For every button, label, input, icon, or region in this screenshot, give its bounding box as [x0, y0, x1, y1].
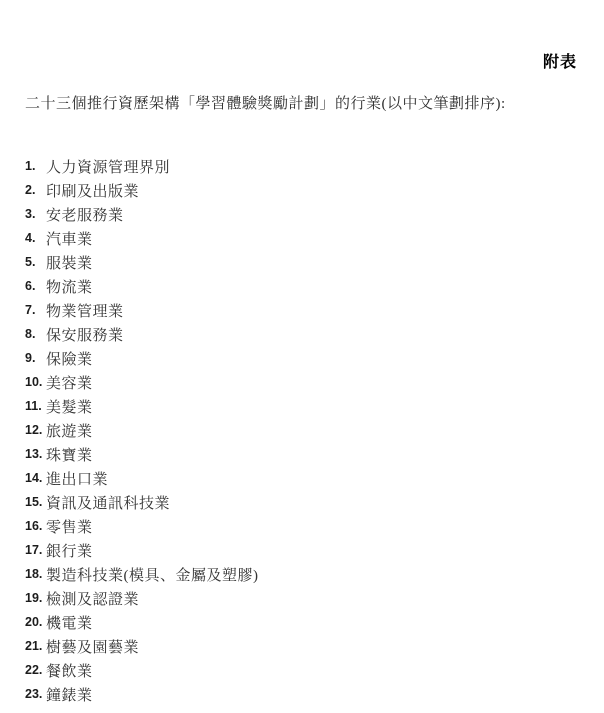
list-item: 16.零售業: [25, 514, 259, 538]
list-item: 23.鐘錶業: [25, 682, 259, 706]
list-item-number: 9.: [25, 351, 46, 365]
list-item-number: 3.: [25, 207, 46, 221]
list-item: 12.旅遊業: [25, 418, 259, 442]
list-item-label: 資訊及通訊科技業: [46, 492, 170, 513]
list-item: 8.保安服務業: [25, 322, 259, 346]
list-item: 3.安老服務業: [25, 202, 259, 226]
list-item-label: 保險業: [46, 348, 93, 369]
list-item-number: 6.: [25, 279, 46, 293]
list-item-label: 零售業: [46, 516, 93, 537]
list-item-label: 人力資源管理界別: [46, 156, 170, 177]
list-item: 9.保險業: [25, 346, 259, 370]
list-item-number: 5.: [25, 255, 46, 269]
list-item: 19.檢測及認證業: [25, 586, 259, 610]
list-item: 13.珠寶業: [25, 442, 259, 466]
list-item: 7.物業管理業: [25, 298, 259, 322]
list-item-label: 樹藝及園藝業: [46, 636, 139, 657]
list-item-number: 19.: [25, 591, 46, 605]
list-item-label: 旅遊業: [46, 420, 93, 441]
document-page: 附表 二十三個推行資歷架構「學習體驗獎勵計劃」的行業(以中文筆劃排序): 1.人…: [0, 0, 604, 713]
list-item-label: 餐飲業: [46, 660, 93, 681]
list-item-label: 汽車業: [46, 228, 93, 249]
list-item-number: 2.: [25, 183, 46, 197]
list-item-number: 13.: [25, 447, 46, 461]
list-item-label: 檢測及認證業: [46, 588, 139, 609]
list-item-label: 保安服務業: [46, 324, 124, 345]
list-item-number: 20.: [25, 615, 46, 629]
list-item-number: 4.: [25, 231, 46, 245]
list-item-number: 21.: [25, 639, 46, 653]
list-item: 5.服裝業: [25, 250, 259, 274]
list-item-number: 11.: [25, 399, 46, 413]
list-item: 4.汽車業: [25, 226, 259, 250]
list-item-number: 15.: [25, 495, 46, 509]
list-item: 22.餐飲業: [25, 658, 259, 682]
list-item: 15.資訊及通訊科技業: [25, 490, 259, 514]
list-item-number: 17.: [25, 543, 46, 557]
list-item-label: 美髮業: [46, 396, 93, 417]
appendix-corner-label: 附表: [543, 49, 577, 72]
list-item: 21.樹藝及園藝業: [25, 634, 259, 658]
list-item-number: 12.: [25, 423, 46, 437]
list-item: 10.美容業: [25, 370, 259, 394]
list-item-label: 鐘錶業: [46, 684, 93, 705]
list-item-label: 製造科技業(模具、金屬及塑膠): [46, 564, 259, 585]
list-item-label: 珠寶業: [46, 444, 93, 465]
list-item-number: 10.: [25, 375, 46, 389]
list-item-number: 1.: [25, 159, 46, 173]
industry-list: 1.人力資源管理界別2.印刷及出版業3.安老服務業4.汽車業5.服裝業6.物流業…: [25, 154, 259, 706]
list-item-number: 14.: [25, 471, 46, 485]
list-item: 11.美髮業: [25, 394, 259, 418]
list-item-number: 18.: [25, 567, 46, 581]
list-item-number: 16.: [25, 519, 46, 533]
list-item: 17.銀行業: [25, 538, 259, 562]
list-item: 2.印刷及出版業: [25, 178, 259, 202]
list-item-label: 物流業: [46, 276, 93, 297]
list-item-number: 7.: [25, 303, 46, 317]
list-item-label: 印刷及出版業: [46, 180, 139, 201]
list-item-label: 物業管理業: [46, 300, 124, 321]
list-item-number: 22.: [25, 663, 46, 677]
list-item-number: 23.: [25, 687, 46, 701]
list-item-label: 美容業: [46, 372, 93, 393]
list-item-label: 機電業: [46, 612, 93, 633]
list-item-label: 服裝業: [46, 252, 93, 273]
list-item: 14.進出口業: [25, 466, 259, 490]
list-item: 1.人力資源管理界別: [25, 154, 259, 178]
list-item-label: 安老服務業: [46, 204, 124, 225]
list-item: 6.物流業: [25, 274, 259, 298]
document-heading: 二十三個推行資歷架構「學習體驗獎勵計劃」的行業(以中文筆劃排序):: [25, 92, 506, 113]
list-item: 20.機電業: [25, 610, 259, 634]
list-item-label: 銀行業: [46, 540, 93, 561]
list-item-number: 8.: [25, 327, 46, 341]
list-item: 18.製造科技業(模具、金屬及塑膠): [25, 562, 259, 586]
list-item-label: 進出口業: [46, 468, 108, 489]
